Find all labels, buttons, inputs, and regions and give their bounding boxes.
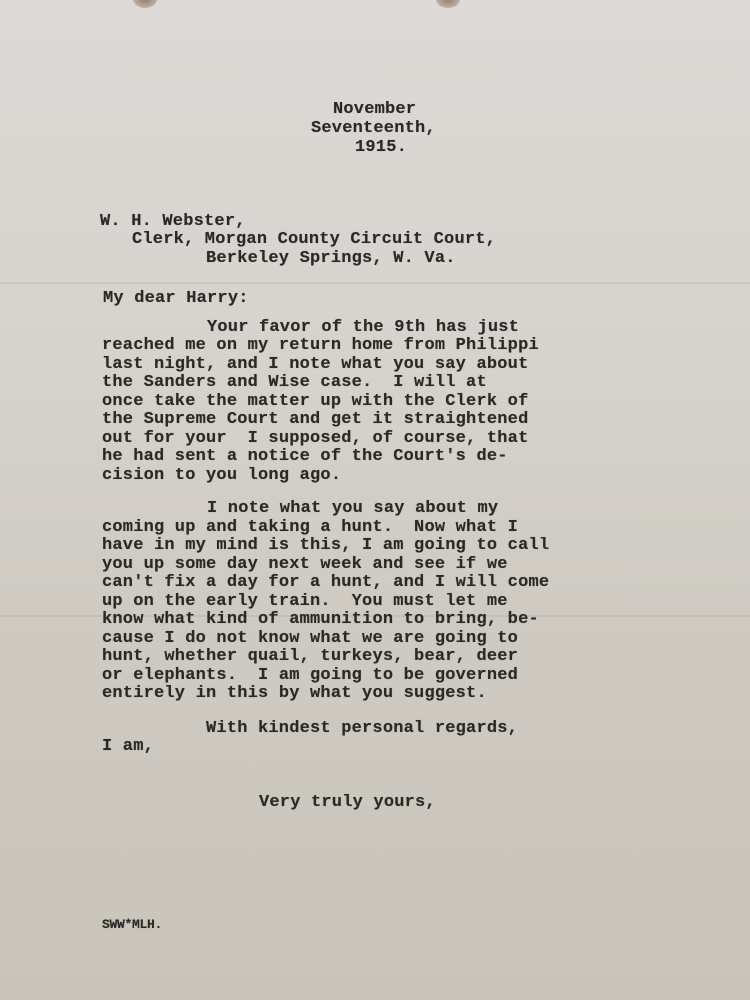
recipient-name: W. H. Webster, <box>100 212 246 231</box>
paragraph-1-line: the Sanders and Wise case. I will at <box>102 373 487 392</box>
paragraph-2-line: have in my mind is this, I am going to c… <box>102 536 549 555</box>
paragraph-1-line: the Supreme Court and get it straightene… <box>102 410 528 429</box>
paragraph-2-line: entirely in this by what you suggest. <box>102 684 487 703</box>
paragraph-1-line: out for your I supposed, of course, that <box>102 429 528 448</box>
recipient-location: Berkeley Springs, W. Va. <box>206 249 456 268</box>
paragraph-2-line: or elephants. I am going to be governed <box>102 666 518 685</box>
salutation: My dear Harry: <box>103 289 249 308</box>
date-day: Seventeenth, <box>311 119 436 138</box>
letter-page: November Seventeenth, 1915. W. H. Webste… <box>0 0 750 1000</box>
paragraph-1-line: cision to you long ago. <box>102 466 341 485</box>
paragraph-2-line: I note what you say about my <box>207 499 498 518</box>
paragraph-2-line: up on the early train. You must let me <box>102 592 508 611</box>
punch-hole-left <box>133 0 157 8</box>
paragraph-1-line: once take the matter up with the Clerk o… <box>102 392 528 411</box>
punch-hole-right <box>436 0 460 8</box>
fold-crease <box>0 282 750 284</box>
paragraph-2-line: hunt, whether quail, turkeys, bear, deer <box>102 647 518 666</box>
date-year: 1915. <box>355 138 407 157</box>
paragraph-2-line: cause I do not know what we are going to <box>102 629 518 648</box>
paragraph-1-line: Your favor of the 9th has just <box>207 318 519 337</box>
date-month: November <box>333 100 416 119</box>
paragraph-2-line: you up some day next week and see if we <box>102 555 508 574</box>
closing-regards: With kindest personal regards, <box>206 719 518 738</box>
paragraph-1-line: last night, and I note what you say abou… <box>102 355 528 374</box>
reference-initials: SWW*MLH. <box>102 915 162 934</box>
paragraph-2-line: coming up and taking a hunt. Now what I <box>102 518 518 537</box>
paragraph-2-line: can't fix a day for a hunt, and I will c… <box>102 573 549 592</box>
paragraph-1-line: he had sent a notice of the Court's de- <box>102 447 508 466</box>
paragraph-1-line: reached me on my return home from Philip… <box>102 336 539 355</box>
recipient-title: Clerk, Morgan County Circuit Court, <box>132 230 496 249</box>
closing-i-am: I am, <box>102 737 154 756</box>
paragraph-2-line: know what kind of ammunition to bring, b… <box>102 610 539 629</box>
closing-sign-off: Very truly yours, <box>259 793 436 812</box>
